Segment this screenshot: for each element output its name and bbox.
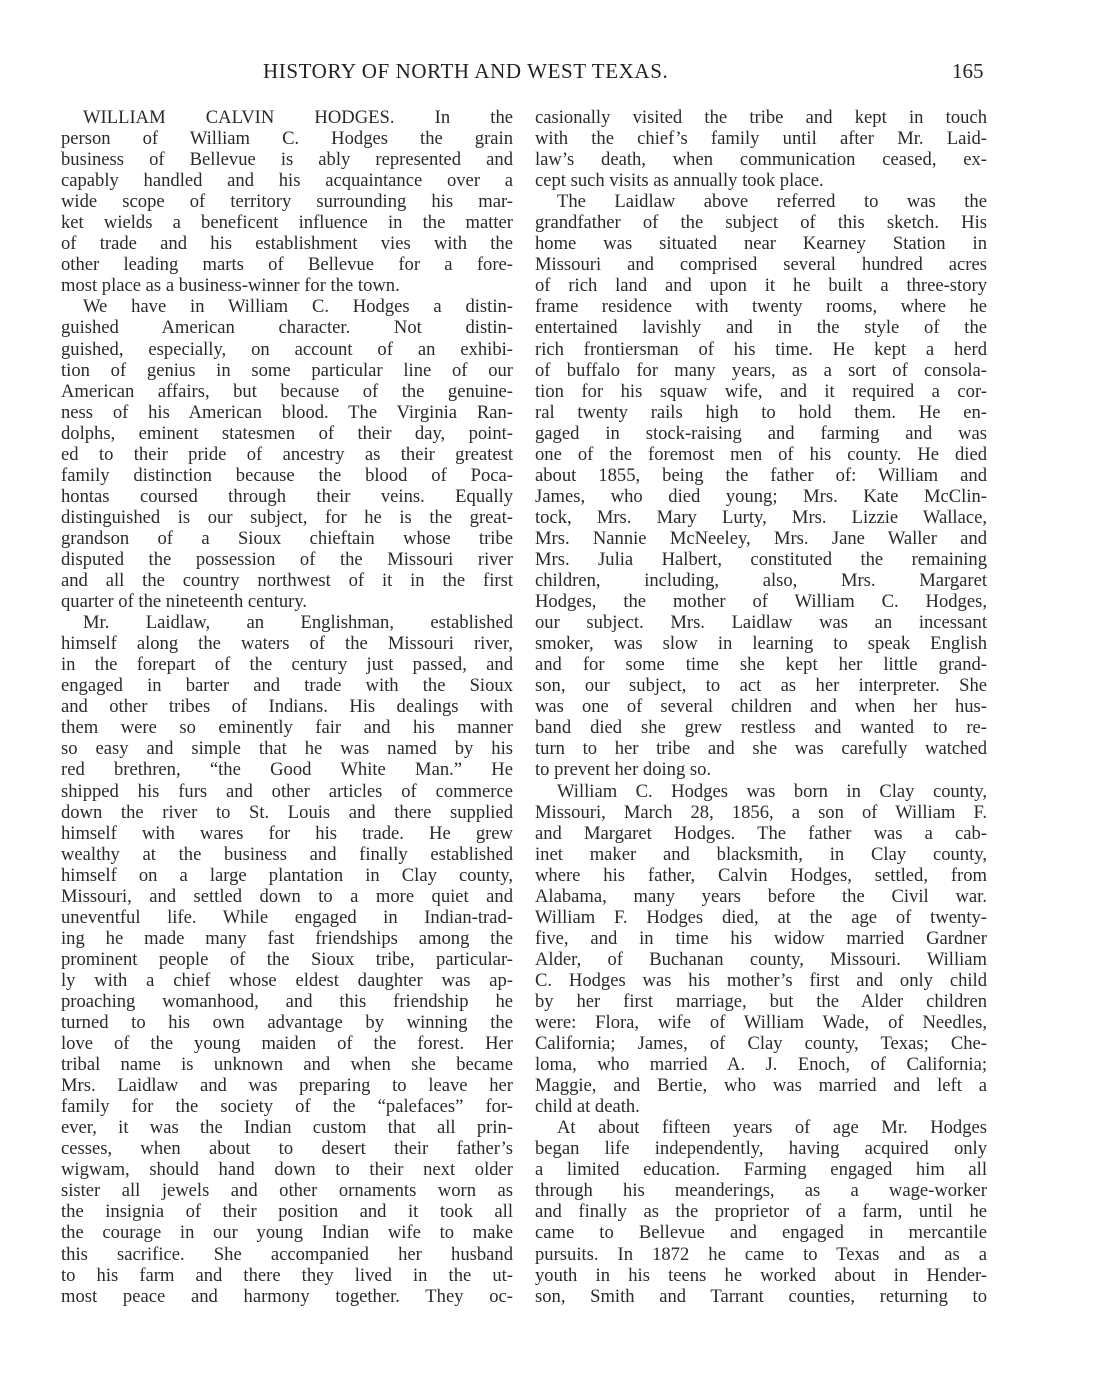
text-line: casionally visited the tribe and kept in… (535, 107, 987, 128)
text-line: disputed the possession of the Missouri … (61, 549, 513, 570)
text-line: about 1855, being the father of: William… (535, 465, 987, 486)
text-line: home was situated near Kearney Station i… (535, 233, 987, 254)
text-line: wigwam, should hand down to their next o… (61, 1159, 513, 1180)
text-line: in the forepart of the century just pass… (61, 654, 513, 675)
text-line: California; James, of Clay county, Texas… (535, 1033, 987, 1054)
text-line: loma, who married A. J. Enoch, of Califo… (535, 1054, 987, 1075)
text-line: sister all jewels and other ornaments wo… (61, 1180, 513, 1201)
text-line: child at death. (535, 1096, 987, 1117)
text-line: business of Bellevue is ably represented… (61, 149, 513, 170)
text-line: were: Flora, wife of William Wade, of Ne… (535, 1012, 987, 1033)
text-line: five, and in time his widow married Gard… (535, 928, 987, 949)
text-line: cept such visits as annually took place. (535, 170, 987, 191)
text-line: of rich land and upon it he built a thre… (535, 275, 987, 296)
text-line: of trade and his establishment vies with… (61, 233, 513, 254)
text-line: and Margaret Hodges. The father was a ca… (535, 823, 987, 844)
text-line: ing he made many fast friendships among … (61, 928, 513, 949)
text-line: love of the young maiden of the forest. … (61, 1033, 513, 1054)
text-line: Maggie, and Bertie, who was married and … (535, 1075, 987, 1096)
text-line: tribal name is unknown and when she beca… (61, 1054, 513, 1075)
text-line: C. Hodges was his mother’s first and onl… (535, 970, 987, 991)
text-line: engaged in barter and trade with the Sio… (61, 675, 513, 696)
text-line: ral twenty rails high to hold them. He e… (535, 402, 987, 423)
text-line: our subject. Mrs. Laidlaw was an incessa… (535, 612, 987, 633)
text-line: grandfather of the subject of this sketc… (535, 212, 987, 233)
text-line: guished, especially, on account of an ex… (61, 339, 513, 360)
text-line: Missouri, March 28, 1856, a son of Willi… (535, 802, 987, 823)
text-line: tock, Mrs. Mary Lurty, Mrs. Lizzie Walla… (535, 507, 987, 528)
text-line: pursuits. In 1872 he came to Texas and a… (535, 1244, 987, 1265)
text-line: band died she grew restless and wanted t… (535, 717, 987, 738)
text-line: began life independently, having acquire… (535, 1138, 987, 1159)
text-line: law’s death, when communication ceased, … (535, 149, 987, 170)
text-line: ly with a chief whose eldest daughter wa… (61, 970, 513, 991)
text-line: and finally as the proprietor of a farm,… (535, 1201, 987, 1222)
text-line: The Laidlaw above referred to was the (535, 191, 987, 212)
text-line: of buffalo for many years, as a sort of … (535, 360, 987, 381)
text-line: tion of genius in some particular line o… (61, 360, 513, 381)
text-line: the insignia of their position and it to… (61, 1201, 513, 1222)
text-line: tion for his squaw wife, and it required… (535, 381, 987, 402)
text-line: the courage in our young Indian wife to … (61, 1222, 513, 1243)
text-line: Alabama, many years before the Civil war… (535, 886, 987, 907)
text-line: ed to their pride of ancestry as their g… (61, 444, 513, 465)
text-line: them were so eminently fair and his mann… (61, 717, 513, 738)
text-line: Mrs. Laidlaw and was preparing to leave … (61, 1075, 513, 1096)
text-line: Missouri, and settled down to a more qui… (61, 886, 513, 907)
text-line: red brethren, “the Good White Man.” He (61, 759, 513, 780)
page-number: 165 (952, 59, 984, 84)
text-line: children, including, also, Mrs. Margaret (535, 570, 987, 591)
text-line: youth in his teens he worked about in He… (535, 1265, 987, 1286)
text-line: most place as a business-winner for the … (61, 275, 513, 296)
book-page: HISTORY OF NORTH AND WEST TEXAS. 165 WIL… (0, 0, 1100, 1400)
text-line: guished American character. Not distin- (61, 317, 513, 338)
text-line: to his farm and there they lived in the … (61, 1265, 513, 1286)
text-line: Mrs. Julia Halbert, constituted the rema… (535, 549, 987, 570)
text-line: son, our subject, to act as her interpre… (535, 675, 987, 696)
text-line: down the river to St. Louis and there su… (61, 802, 513, 823)
text-line: ket wields a beneficent influence in the… (61, 212, 513, 233)
text-line: to prevent her doing so. (535, 759, 987, 780)
text-line: gaged in stock-raising and farming and w… (535, 423, 987, 444)
text-line: other leading marts of Bellevue for a fo… (61, 254, 513, 275)
text-line: so easy and simple that he was named by … (61, 738, 513, 759)
text-line: family distinction because the blood of … (61, 465, 513, 486)
text-line: himself with wares for his trade. He gre… (61, 823, 513, 844)
text-line: most peace and harmony together. They oc… (61, 1286, 513, 1307)
text-line: person of William C. Hodges the grain (61, 128, 513, 149)
text-line: son, Smith and Tarrant counties, returni… (535, 1286, 987, 1307)
text-line: family for the society of the “palefaces… (61, 1096, 513, 1117)
text-line: rich frontiersman of his time. He kept a… (535, 339, 987, 360)
text-line: himself on a large plantation in Clay co… (61, 865, 513, 886)
text-line: William C. Hodges was born in Clay count… (535, 781, 987, 802)
text-line: prominent people of the Sioux tribe, par… (61, 949, 513, 970)
text-line: distinguished is our subject, for he is … (61, 507, 513, 528)
text-line: inet maker and blacksmith, in Clay count… (535, 844, 987, 865)
text-line: was one of several children and when her… (535, 696, 987, 717)
text-line: capably handled and his acquaintance ove… (61, 170, 513, 191)
text-line: came to Bellevue and engaged in mercanti… (535, 1222, 987, 1243)
text-line: and for some time she kept her little gr… (535, 654, 987, 675)
text-line: ever, it was the Indian custom that all … (61, 1117, 513, 1138)
text-line: Mr. Laidlaw, an Englishman, established (61, 612, 513, 633)
text-line: We have in William C. Hodges a distin- (61, 296, 513, 317)
text-line: William F. Hodges died, at the age of tw… (535, 907, 987, 928)
text-line: Hodges, the mother of William C. Hodges, (535, 591, 987, 612)
text-line: Missouri and comprised several hundred a… (535, 254, 987, 275)
text-line: WILLIAM CALVIN HODGES. In the (61, 107, 513, 128)
text-line: grandson of a Sioux chieftain whose trib… (61, 528, 513, 549)
text-line: one of the foremost men of his county. H… (535, 444, 987, 465)
text-line: quarter of the nineteenth century. (61, 591, 513, 612)
text-line: and all the country northwest of it in t… (61, 570, 513, 591)
text-line: At about fifteen years of age Mr. Hodges (535, 1117, 987, 1138)
text-line: himself along the waters of the Missouri… (61, 633, 513, 654)
text-line: entertained lavishly and in the style of… (535, 317, 987, 338)
text-line: Alder, of Buchanan county, Missouri. Wil… (535, 949, 987, 970)
text-line: smoker, was slow in learning to speak En… (535, 633, 987, 654)
text-line: wealthy at the business and finally esta… (61, 844, 513, 865)
text-line: hontas coursed through their veins. Equa… (61, 486, 513, 507)
running-title: HISTORY OF NORTH AND WEST TEXAS. (263, 59, 668, 84)
text-line: turn to her tribe and she was carefully … (535, 738, 987, 759)
text-line: dolphs, eminent statesmen of their day, … (61, 423, 513, 444)
text-line: with the chief’s family until after Mr. … (535, 128, 987, 149)
text-line: frame residence with twenty rooms, where… (535, 296, 987, 317)
text-line: this sacrifice. She accompanied her husb… (61, 1244, 513, 1265)
text-line: turned to his own advantage by winning t… (61, 1012, 513, 1033)
text-line: uneventful life. While engaged in Indian… (61, 907, 513, 928)
text-line: American affairs, but because of the gen… (61, 381, 513, 402)
text-line: where his father, Calvin Hodges, settled… (535, 865, 987, 886)
text-line: by her first marriage, but the Alder chi… (535, 991, 987, 1012)
text-line: wide scope of territory surrounding his … (61, 191, 513, 212)
text-line: and other tribes of Indians. His dealing… (61, 696, 513, 717)
right-column: casionally visited the tribe and kept in… (535, 107, 987, 1307)
text-line: a limited education. Farming engaged him… (535, 1159, 987, 1180)
left-column: WILLIAM CALVIN HODGES. In theperson of W… (61, 107, 513, 1307)
text-line: cesses, when about to desert their fathe… (61, 1138, 513, 1159)
text-line: proaching womanhood, and this friendship… (61, 991, 513, 1012)
text-line: shipped his furs and other articles of c… (61, 781, 513, 802)
text-line: James, who died young; Mrs. Kate McClin- (535, 486, 987, 507)
text-line: through his meanderings, as a wage-worke… (535, 1180, 987, 1201)
text-line: Mrs. Nannie McNeeley, Mrs. Jane Waller a… (535, 528, 987, 549)
text-line: ness of his American blood. The Virginia… (61, 402, 513, 423)
